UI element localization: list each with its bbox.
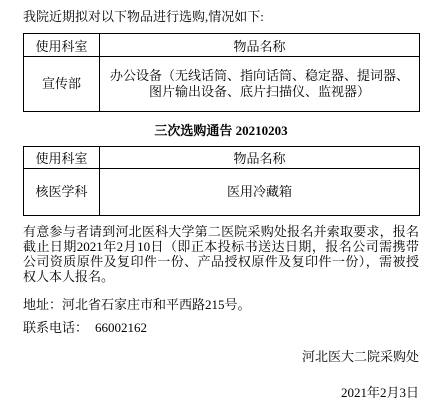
signature-department: 河北医大二院采购处 [23, 349, 419, 364]
address-line: 地址：河北省石家庄市和平西路215号。 [23, 297, 419, 312]
cell-item-name: 办公设备（无线话筒、指向话筒、稳定器、提词器、图片输出设备、底片扫描仪、监视器） [100, 57, 420, 112]
registration-instructions: 有意参与者请到河北医科大学第二医院采购处报名并索取要求，报名截止日期2021年2… [23, 224, 419, 284]
cell-department: 宣传部 [24, 57, 100, 112]
contact-label: 联系电话： [23, 320, 88, 335]
procurement-notice-document: 我院近期拟对以下物品进行选购,情况如下: 使用科室 物品名称 宣传部 办公设备（… [0, 0, 442, 410]
table-row: 宣传部 办公设备（无线话筒、指向话筒、稳定器、提词器、图片输出设备、底片扫描仪、… [24, 57, 420, 112]
table-header-row: 使用科室 物品名称 [24, 34, 420, 57]
column-header-item-name: 物品名称 [100, 34, 420, 57]
table-header-row: 使用科室 物品名称 [24, 147, 420, 169]
selection-table-first: 使用科室 物品名称 宣传部 办公设备（无线话筒、指向话筒、稳定器、提词器、图片输… [23, 33, 420, 112]
column-header-department: 使用科室 [24, 147, 100, 169]
intro-text: 我院近期拟对以下物品进行选购,情况如下: [23, 9, 419, 25]
contact-line: 联系电话：66002162 [23, 320, 419, 335]
cell-item-name: 医用冷藏箱 [100, 169, 420, 216]
cell-department: 核医学科 [24, 169, 100, 216]
notice-date: 2021年2月3日 [23, 385, 419, 400]
table-row: 核医学科 医用冷藏箱 [24, 169, 420, 216]
notice-title: 三次选购通告 20210203 [23, 123, 419, 138]
selection-table-second: 使用科室 物品名称 核医学科 医用冷藏箱 [23, 146, 420, 216]
column-header-department: 使用科室 [24, 34, 100, 57]
phone-number: 66002162 [95, 320, 147, 335]
column-header-item-name: 物品名称 [100, 147, 420, 169]
